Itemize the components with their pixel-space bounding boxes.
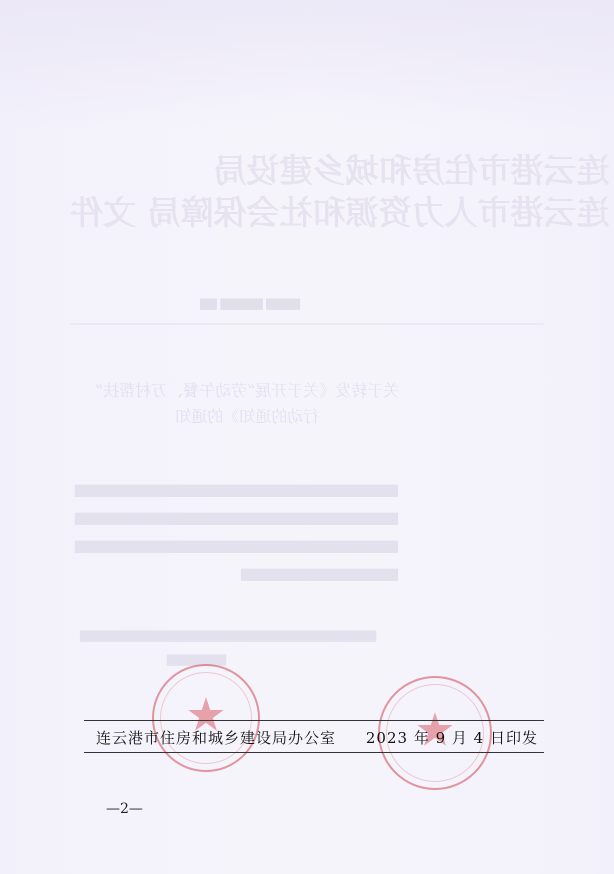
issue-date: 2023 年 9 月 4 日印发: [366, 727, 538, 748]
bleed-through-subject: 关于转发《关于开展“劳动午餐、万村帮扶” 行动的通知》的通知: [95, 378, 399, 430]
bleed-through-doc-number: ▇▇▇▇ ▇▇▇▇▇ ▇▇: [200, 297, 300, 310]
footer-rule-bottom: [84, 752, 544, 753]
issuing-office: 连云港市住房和城乡建设局办公室: [96, 727, 336, 748]
bleed-through-rule: [70, 323, 544, 325]
bleed-subject-line: 行动的通知》的通知: [95, 404, 399, 430]
bleed-subject-line: 关于转发《关于开展“劳动午餐、万村帮扶”: [95, 378, 399, 404]
official-seal-left: ★: [152, 664, 260, 772]
bleed-title-line: 连云港市人力资源和社会保障局 文件: [70, 192, 610, 234]
page-number: —2—: [106, 801, 143, 817]
bleed-through-body: ▇▇▇▇▇▇▇▇▇▇▇▇▇▇▇▇▇▇▇▇▇▇▇▇▇▇▇▇▇▇▇▇▇▇▇ ▇▇▇▇…: [75, 476, 398, 588]
footer-rule-top: [84, 720, 544, 721]
bleed-title-line: 连云港市住房和城乡建设局: [70, 150, 610, 192]
bleed-through-title: 连云港市住房和城乡建设局 连云港市人力资源和社会保障局 文件: [70, 150, 610, 234]
bleed-through-attachment: ▇▇▇▇▇▇▇▇▇▇▇▇▇▇▇▇▇▇▇▇▇▇▇▇▇▇▇▇▇▇▇▇▇▇▇ ▇▇▇▇…: [80, 624, 376, 672]
